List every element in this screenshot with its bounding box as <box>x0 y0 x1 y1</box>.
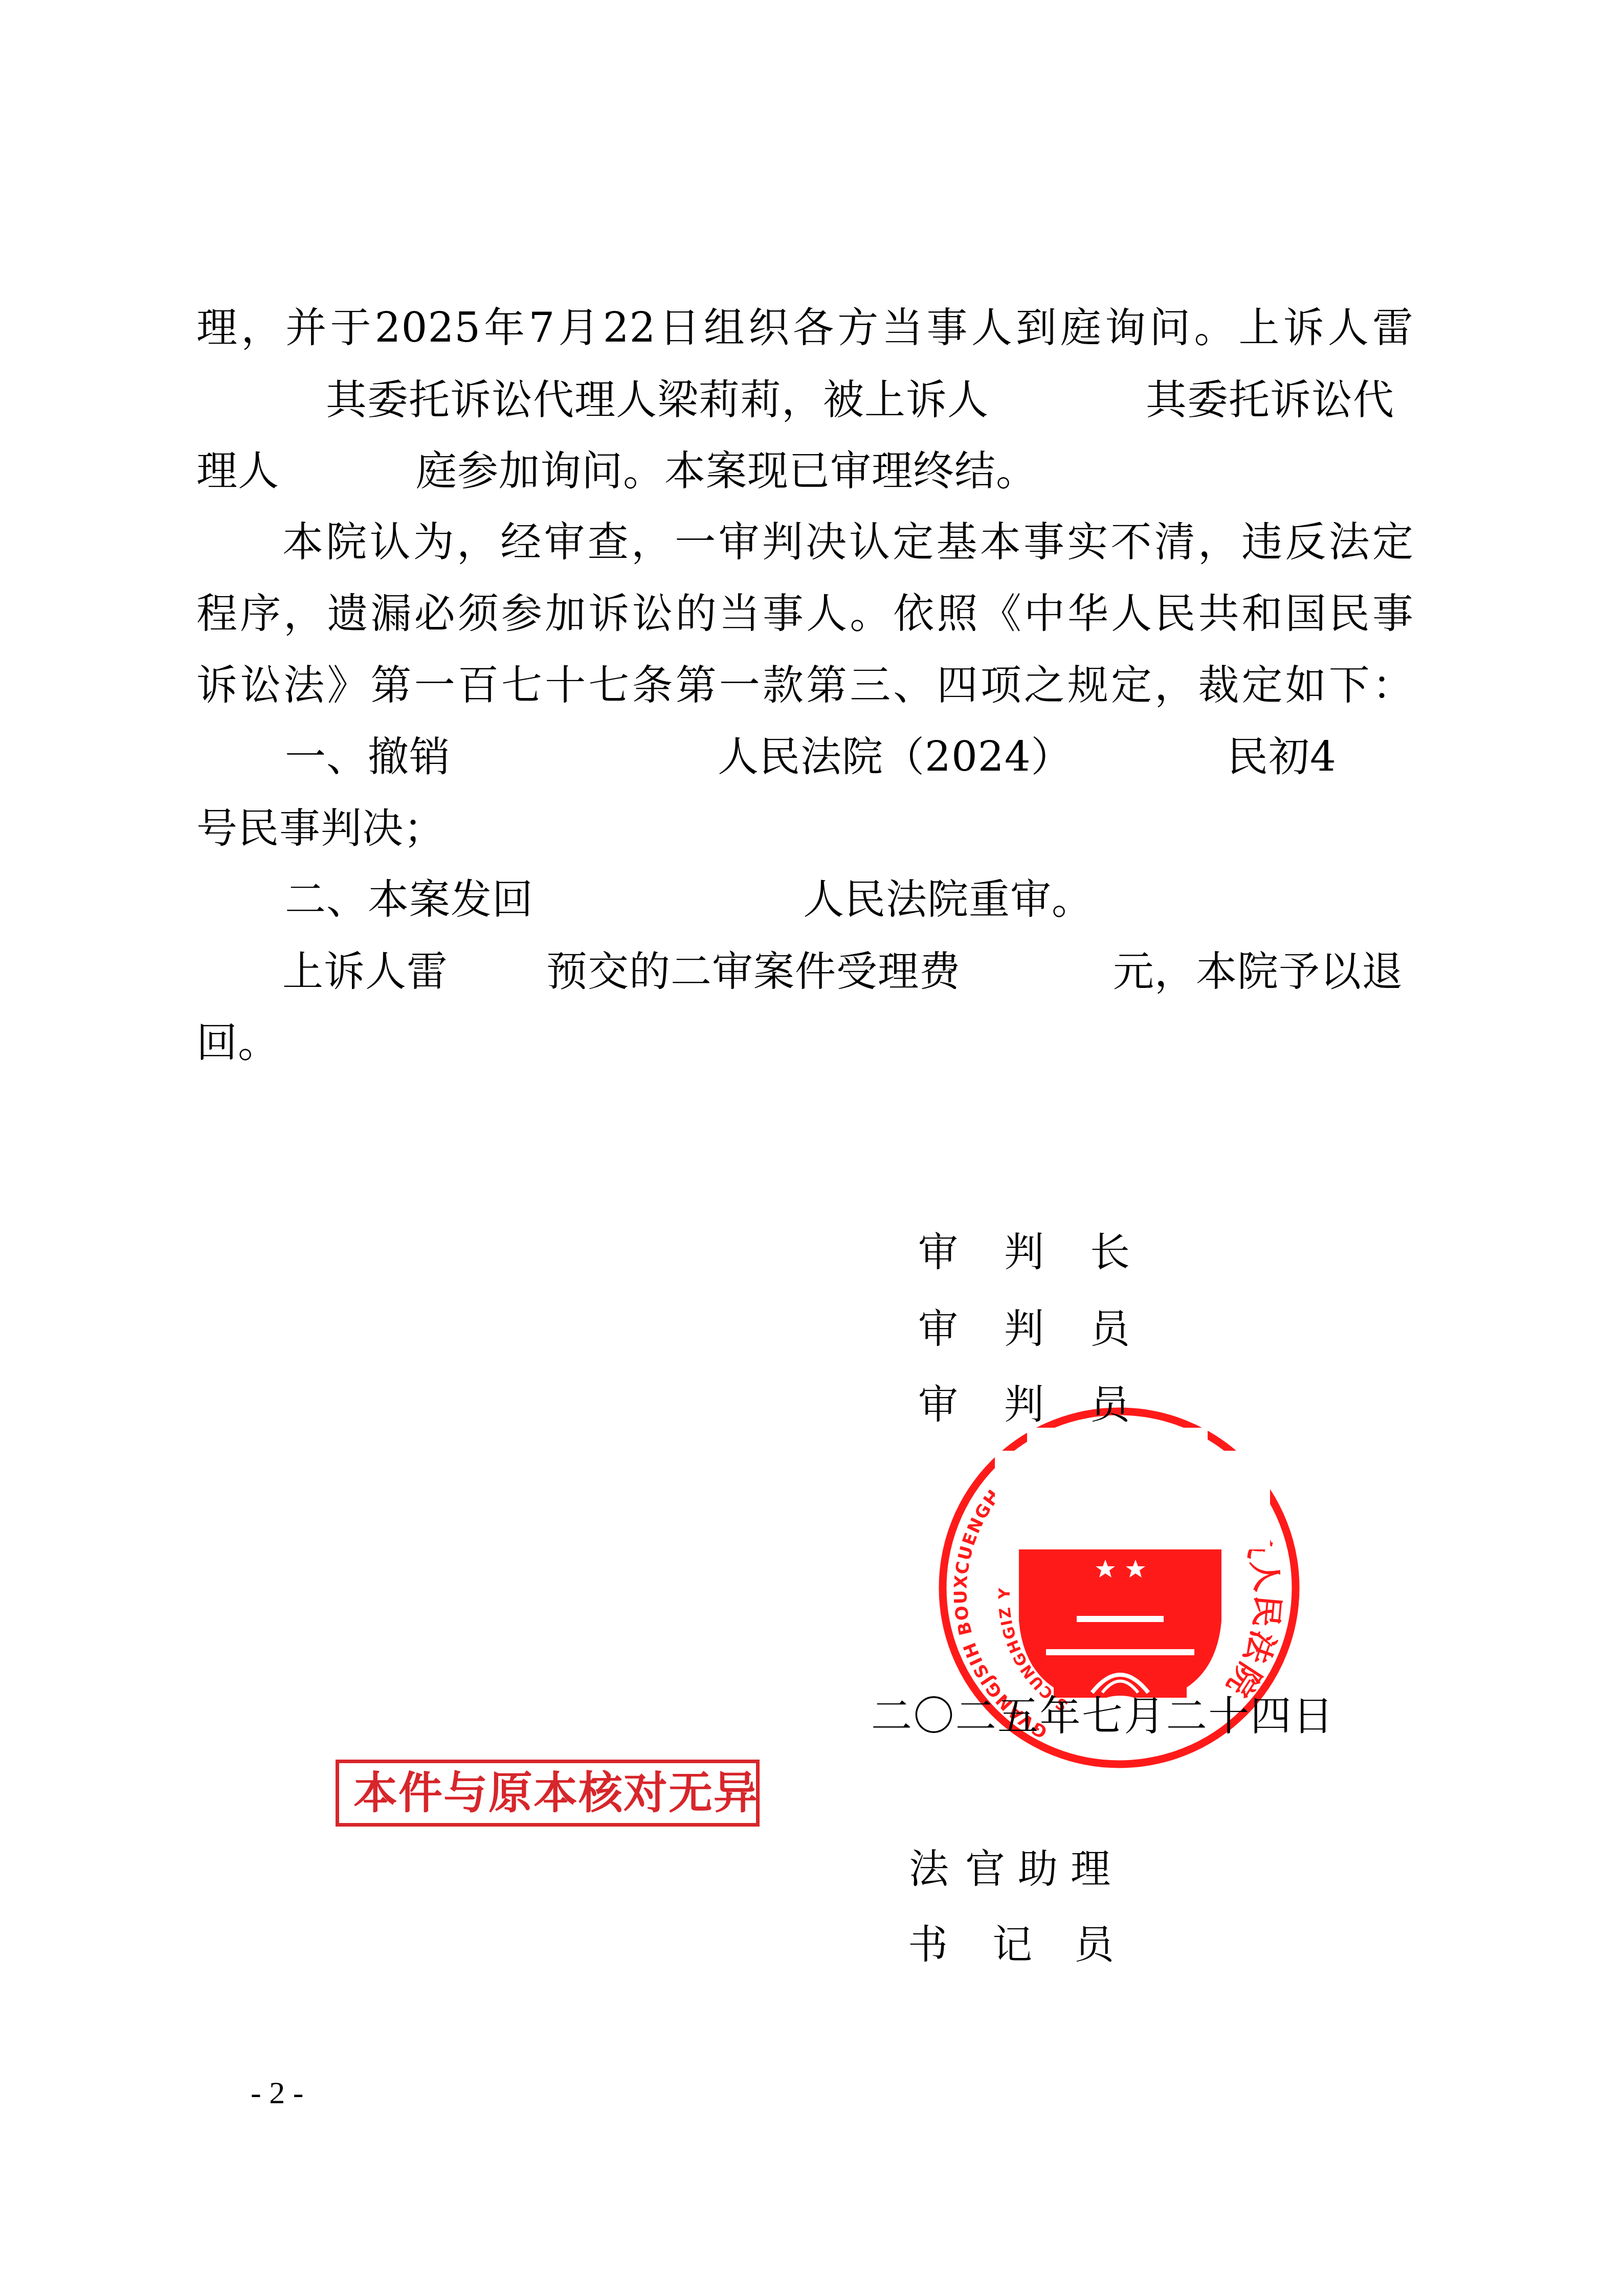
certification-stamp-text: 本件与原本核对无异 <box>353 1770 759 1816</box>
fee-line-segment: 预交的二审案件受理费 <box>546 951 961 992</box>
body-line: 理，并于2025年7月22日组织各方当事人到庭询问。上诉人雷 <box>196 307 1414 348</box>
sig-char: 长 <box>1090 1232 1130 1273</box>
body-line-segment: 其委托诉讼代理人梁莉莉，被上诉人 <box>326 379 989 420</box>
ruling-item-1-segment: 人民法院（2024） <box>718 736 1073 777</box>
ruling-item-2-segment: 二、本案发回 <box>285 879 533 920</box>
ruling-item-2-segment: 人民法院重审。 <box>803 879 1093 920</box>
sig-char: 审 <box>918 1385 958 1426</box>
body-line: 程序，遗漏必须参加诉讼的当事人。依照《中华人民共和国民事 <box>196 593 1414 634</box>
body-line-segment: 理人 <box>196 451 279 491</box>
sig-char: 书 <box>908 1925 948 1966</box>
ruling-item-1-segment: 民初4 <box>1227 736 1337 777</box>
page-number: - 2 - <box>251 2077 303 2109</box>
sig-char: 审 <box>918 1309 958 1350</box>
sig-char: 员 <box>1090 1309 1130 1350</box>
fee-line-segment: 元，本院予以退 <box>1113 951 1403 992</box>
sig-char: 记 <box>992 1925 1032 1966</box>
body-line-segment: 其委托诉讼代 <box>1146 379 1394 420</box>
body-line-segment: 庭参加询问。本案现已审理终结。 <box>416 451 1037 491</box>
sig-char: 员 <box>1090 1385 1130 1426</box>
ruling-item-1-continuation: 号民事判决； <box>196 808 445 849</box>
document-page: 理，并于2025年7月22日组织各方当事人到庭询问。上诉人雷 其委托诉讼代理人梁… <box>0 0 1624 2296</box>
fee-line-segment: 上诉人雷 <box>282 951 448 992</box>
sig-char: 理 <box>1071 1849 1110 1890</box>
sig-char: 审 <box>918 1232 958 1273</box>
sig-char: 判 <box>1004 1309 1044 1350</box>
sig-char: 判 <box>1004 1385 1044 1426</box>
sig-char: 判 <box>1004 1232 1044 1273</box>
sig-char: 官 <box>965 1849 1005 1890</box>
ruling-date: 二〇二五年七月二十四日 <box>871 1696 1334 1737</box>
sig-char: 员 <box>1074 1925 1114 1966</box>
body-line: 本院认为，经审查，一审判决认定基本事实不清，违反法定 <box>282 522 1414 562</box>
sig-char: 助 <box>1018 1849 1058 1890</box>
ruling-item-1-segment: 一、撤销 <box>285 736 451 777</box>
body-line: 诉讼法》第一百七十七条第一款第三、四项之规定，裁定如下： <box>196 665 1414 706</box>
sig-char: 法 <box>909 1849 949 1890</box>
fee-line-continuation: 回。 <box>196 1022 279 1063</box>
certification-stamp: 本件与原本核对无异 <box>336 1760 760 1827</box>
